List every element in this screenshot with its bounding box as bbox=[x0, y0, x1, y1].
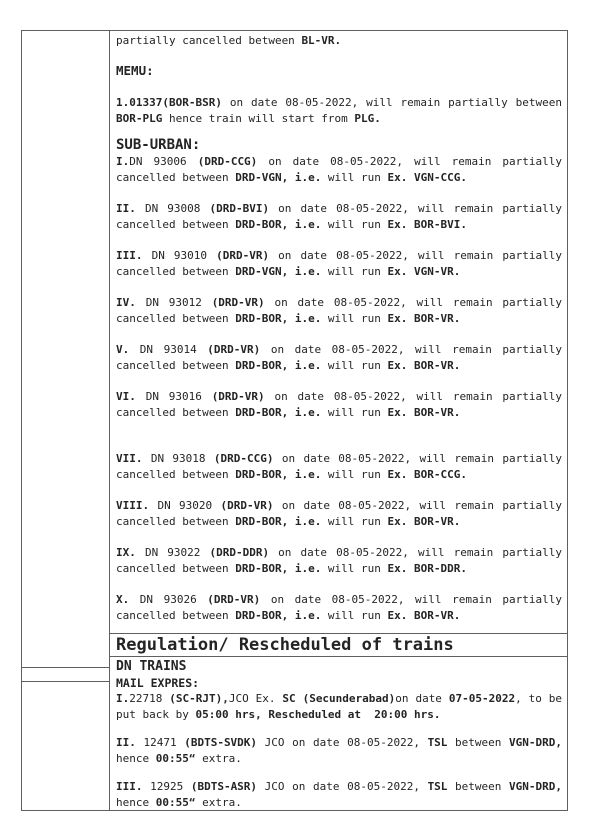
document-page: partially cancelled between BL-VR. MEMU:… bbox=[0, 0, 599, 836]
bold-text-run: (DRD-DDR) bbox=[209, 546, 269, 559]
bold-text-run: (BDTS-SVDK) bbox=[184, 736, 257, 749]
bold-text-run: IV. bbox=[116, 296, 136, 309]
regulation-header-row: Regulation/ Rescheduled of trains bbox=[110, 634, 567, 657]
bold-text-run: DRD-BOR, i.e. bbox=[235, 609, 321, 622]
text-run: will run bbox=[321, 406, 387, 419]
suburban-entries: I.DN 93006 (DRD-CCG) on date 08-05-2022,… bbox=[116, 154, 562, 624]
text-run: DN 93026 bbox=[129, 593, 207, 606]
bold-text-run: II. bbox=[116, 736, 136, 749]
bold-text-run: DRD-BOR, i.e. bbox=[235, 406, 321, 419]
text-run: on date bbox=[395, 692, 449, 705]
left-column-cell-1 bbox=[22, 31, 109, 668]
mail-express-heading: MAIL EXPRES: bbox=[116, 675, 562, 691]
text-run: hence bbox=[116, 796, 156, 809]
text-run: hence train will start from bbox=[162, 112, 354, 125]
bold-text-run: (SC-RJT), bbox=[169, 692, 229, 705]
text-run: will run bbox=[321, 312, 387, 325]
bold-text-run: TSL bbox=[428, 780, 448, 793]
bold-text-run: DRD-BOR, i.e. bbox=[235, 218, 321, 231]
suburban-entry: VIII. DN 93020 (DRD-VR) on date 08-05-20… bbox=[116, 498, 562, 530]
suburban-entry: III. DN 93010 (DRD-VR) on date 08-05-202… bbox=[116, 248, 562, 280]
bold-text-run: (DRD-VR) bbox=[216, 249, 269, 262]
suburban-heading: SUB-URBAN: bbox=[116, 137, 562, 154]
suburban-entry: II. DN 93008 (DRD-BVI) on date 08-05-202… bbox=[116, 201, 562, 233]
bold-text-run: (DRD-BVI) bbox=[209, 202, 269, 215]
text-run: DN 93014 bbox=[129, 343, 207, 356]
text-run: DN 93010 bbox=[143, 249, 217, 262]
text-run: partially cancelled between bbox=[116, 34, 301, 47]
text-run: between bbox=[447, 736, 509, 749]
text-run: will run bbox=[321, 515, 387, 528]
left-column-cell-2 bbox=[22, 668, 109, 682]
bold-text-run: VII. bbox=[116, 452, 143, 465]
text-run: will run bbox=[321, 359, 387, 372]
dn-trains-section: DN TRAINS MAIL EXPRES: I.22718 (SC-RJT),… bbox=[110, 657, 567, 810]
text-run: will run bbox=[321, 265, 387, 278]
bold-text-run: Ex. VGN-VR. bbox=[388, 265, 461, 278]
bold-text-run: (DRD-VR) bbox=[207, 343, 260, 356]
suburban-entry: X. DN 93026 (DRD-VR) on date 08-05-2022,… bbox=[116, 592, 562, 624]
bold-text-run: (DRD-VR) bbox=[207, 593, 260, 606]
bold-text-run: BL-VR. bbox=[301, 34, 341, 47]
text-run: DN 93020 bbox=[149, 499, 220, 512]
text-run: DN 93018 bbox=[143, 452, 214, 465]
bold-text-run: 05:00 hrs, Rescheduled at 20:00 hrs. bbox=[195, 708, 440, 721]
text-run: between bbox=[447, 780, 509, 793]
bold-text-run: VIII. bbox=[116, 499, 149, 512]
mail-express-entry: III. 12925 (BDTS-ASR) JCO on date 08-05-… bbox=[116, 779, 562, 810]
main-column: partially cancelled between BL-VR. MEMU:… bbox=[110, 31, 567, 810]
bold-text-run: X. bbox=[116, 593, 129, 606]
suburban-entry: I.DN 93006 (DRD-CCG) on date 08-05-2022,… bbox=[116, 154, 562, 186]
bold-text-run: Ex. BOR-VR. bbox=[388, 406, 461, 419]
bold-text-run: Ex. BOR-VR. bbox=[388, 515, 461, 528]
bold-text-run: IX. bbox=[116, 546, 136, 559]
bold-text-run: I. bbox=[116, 692, 129, 705]
bold-text-run: DRD-BOR, i.e. bbox=[235, 359, 321, 372]
bold-text-run: 07-05-2022 bbox=[449, 692, 515, 705]
bold-text-run: V. bbox=[116, 343, 129, 356]
suburban-entry: VI. DN 93016 (DRD-VR) on date 08-05-2022… bbox=[116, 389, 562, 421]
bold-text-run: 1.01337(BOR-BSR) bbox=[116, 96, 222, 109]
bold-text-run: DRD-BOR, i.e. bbox=[235, 468, 321, 481]
bold-text-run: (DRD-CCG) bbox=[214, 452, 274, 465]
bold-text-run: PLG. bbox=[354, 112, 381, 125]
text-run: DN 93012 bbox=[136, 296, 212, 309]
text-run: will run bbox=[321, 218, 387, 231]
bold-text-run: VI. bbox=[116, 390, 136, 403]
bold-text-run: DRD-VGN, i.e. bbox=[235, 171, 321, 184]
memu-entry: 1.01337(BOR-BSR) on date 08-05-2022, wil… bbox=[116, 95, 562, 127]
bold-text-run: III. bbox=[116, 249, 143, 262]
text-run: DN 93016 bbox=[136, 390, 212, 403]
bold-text-run: DRD-BOR, i.e. bbox=[235, 515, 321, 528]
text-run: JCO Ex. bbox=[229, 692, 283, 705]
intro-paragraph: partially cancelled between BL-VR. bbox=[116, 33, 562, 49]
text-run: DN 93008 bbox=[136, 202, 210, 215]
text-run: extra. bbox=[196, 796, 242, 809]
text-run: will run bbox=[321, 468, 387, 481]
bold-text-run: VGN-DRD, bbox=[509, 736, 562, 749]
bold-text-run: (DRD-VR) bbox=[221, 499, 274, 512]
text-run: DN 93022 bbox=[136, 546, 210, 559]
text-run: 22718 bbox=[129, 692, 169, 705]
text-run: will run bbox=[321, 562, 387, 575]
left-column bbox=[22, 31, 110, 810]
text-run: extra. bbox=[196, 752, 242, 765]
text-run: DN 93006 bbox=[129, 155, 197, 168]
bold-text-run: DRD-VGN, i.e. bbox=[235, 265, 321, 278]
text-run: 12925 bbox=[143, 780, 191, 793]
bold-text-run: Ex. VGN-CCG. bbox=[388, 171, 467, 184]
suburban-entry: VII. DN 93018 (DRD-CCG) on date 08-05-20… bbox=[116, 451, 562, 483]
text-run: hence bbox=[116, 752, 156, 765]
suburban-entry: IX. DN 93022 (DRD-DDR) on date 08-05-202… bbox=[116, 545, 562, 577]
bold-text-run: Ex. BOR-VR. bbox=[388, 609, 461, 622]
bold-text-run: (DRD-VR) bbox=[212, 296, 265, 309]
bold-text-run: Ex. BOR-VR. bbox=[388, 312, 461, 325]
bold-text-run: DRD-BOR, i.e. bbox=[235, 312, 321, 325]
document-table: partially cancelled between BL-VR. MEMU:… bbox=[21, 30, 568, 811]
bold-text-run: Ex. BOR-DDR. bbox=[388, 562, 467, 575]
text-run: JCO on date 08-05-2022, bbox=[257, 780, 428, 793]
bold-text-run: BOR-PLG bbox=[116, 112, 162, 125]
mail-express-entry: I.22718 (SC-RJT),JCO Ex. SC (Secunderaba… bbox=[116, 691, 562, 723]
bold-text-run: III. bbox=[116, 780, 143, 793]
text-run: on date 08-05-2022, will remain partiall… bbox=[222, 96, 562, 109]
text-run: 12471 bbox=[136, 736, 184, 749]
mail-express-entry: II. 12471 (BDTS-SVDK) JCO on date 08-05-… bbox=[116, 735, 562, 767]
memu-heading: MEMU: bbox=[116, 63, 562, 79]
bold-text-run: Ex. BOR-VR. bbox=[388, 359, 461, 372]
bold-text-run: I. bbox=[116, 155, 129, 168]
bold-text-run: II. bbox=[116, 202, 136, 215]
cancellation-section: partially cancelled between BL-VR. MEMU:… bbox=[110, 31, 567, 634]
bold-text-run: Ex. BOR-BVI. bbox=[388, 218, 467, 231]
bold-text-run: VGN-DRD, bbox=[509, 780, 562, 793]
bold-text-run: TSL bbox=[428, 736, 448, 749]
bold-text-run: 00:55“ bbox=[156, 752, 196, 765]
dn-trains-heading: DN TRAINS bbox=[116, 659, 562, 675]
bold-text-run: 00:55“ bbox=[156, 796, 196, 809]
bold-text-run: (BDTS-ASR) bbox=[191, 780, 257, 793]
regulation-title: Regulation/ Rescheduled of trains bbox=[116, 634, 454, 656]
suburban-entry: V. DN 93014 (DRD-VR) on date 08-05-2022,… bbox=[116, 342, 562, 374]
bold-text-run: (DRD-VR) bbox=[212, 390, 265, 403]
bold-text-run: SC (Secunderabad) bbox=[282, 692, 395, 705]
bold-text-run: Ex. BOR-CCG. bbox=[388, 468, 467, 481]
bold-text-run: (DRD-CCG) bbox=[198, 155, 258, 168]
suburban-entry: IV. DN 93012 (DRD-VR) on date 08-05-2022… bbox=[116, 295, 562, 327]
text-run: JCO on date 08-05-2022, bbox=[257, 736, 428, 749]
mail-express-entries: I.22718 (SC-RJT),JCO Ex. SC (Secunderaba… bbox=[116, 691, 562, 810]
left-column-cell-3 bbox=[22, 682, 109, 810]
text-run: will run bbox=[321, 609, 387, 622]
bold-text-run: DRD-BOR, i.e. bbox=[235, 562, 321, 575]
text-run: will run bbox=[321, 171, 387, 184]
